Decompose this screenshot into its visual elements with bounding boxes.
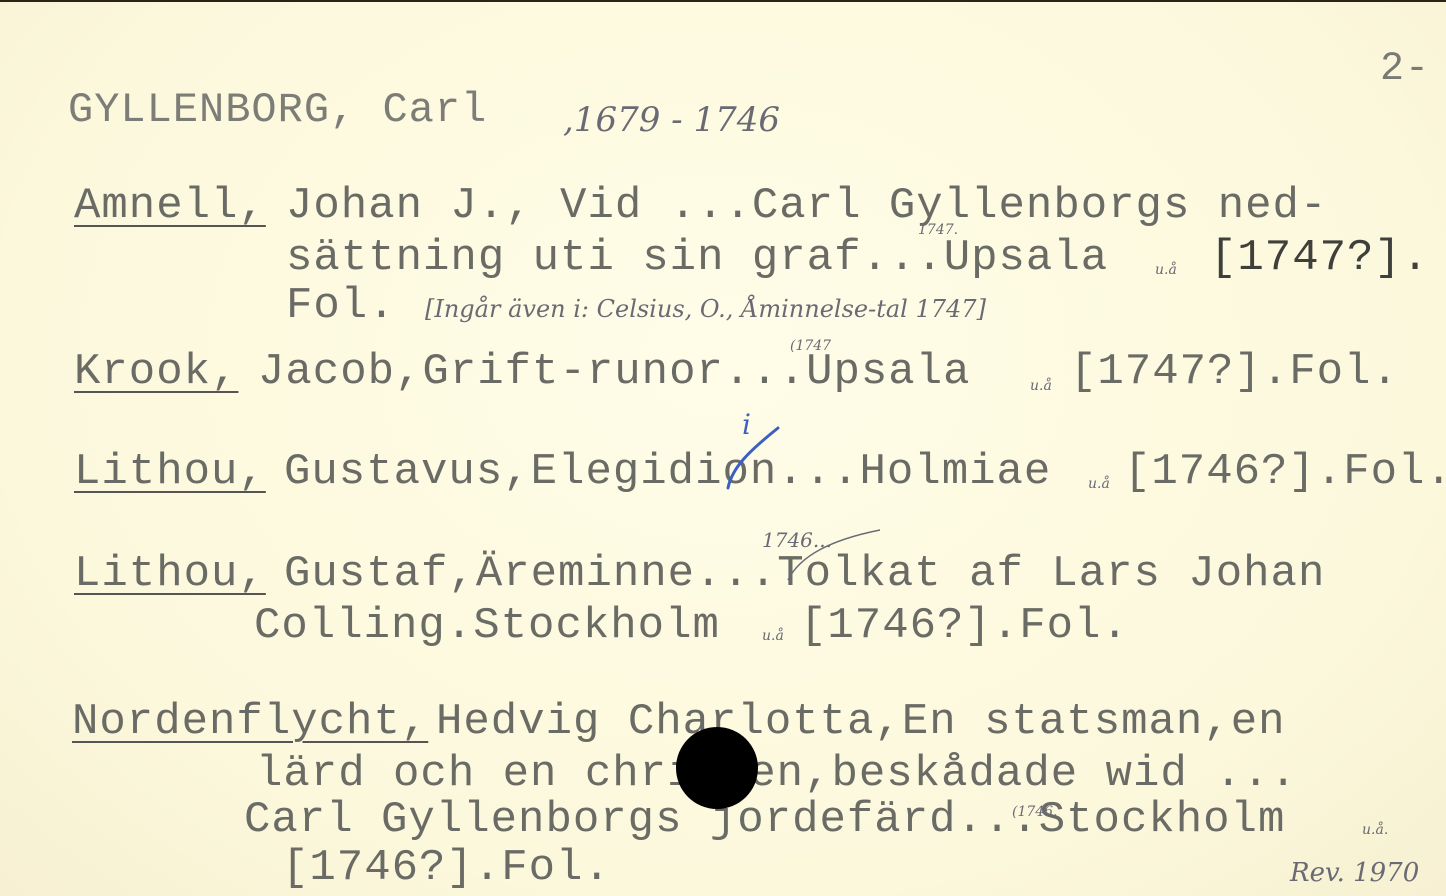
entry-text-line: Carl Gyllenborgs jordefärd...Stockholm [244,798,1285,842]
entry-author: Nordenflycht, [72,700,428,744]
entry-text-line: lärd och en christen,beskådade wid ... [256,752,1297,796]
entry-text-line: Hedvig Charlotta,En statsman,en [436,700,1286,744]
revision-note: Rev. 1970 [1290,858,1419,888]
punch-hole [676,727,758,809]
entry-text-line: [1746?].Fol. [282,846,611,890]
catalog-card: 2- GYLLENBORG, Carl ,1679 - 1746 Amnell,… [0,0,1446,896]
margin-note: (1746. [1012,804,1058,820]
place-annotation: u.å. [1362,822,1388,838]
